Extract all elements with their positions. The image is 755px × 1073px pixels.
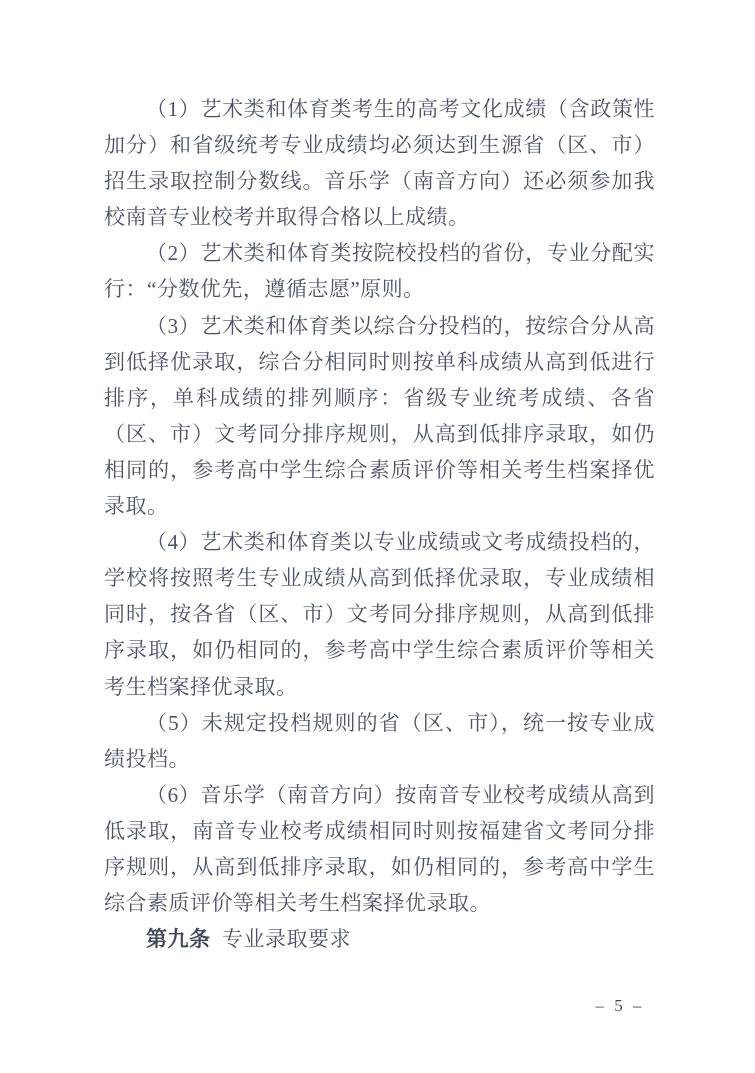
paragraph-6: （6）音乐学（南音方向）按南音专业校考成绩从高到低录取，南音专业校考成绩相同时则… bbox=[104, 777, 655, 921]
article-heading-title: 专业录取要求 bbox=[222, 927, 351, 951]
article-heading-number: 第九条 bbox=[146, 927, 211, 951]
page-number: – 5 – bbox=[576, 996, 664, 1016]
paragraph-2: （2）艺术类和体育类按院校投档的省份，专业分配实行：“分数优先，遵循志愿”原则。 bbox=[104, 235, 655, 307]
document-page: （1）艺术类和体育类考生的高考文化成绩（含政策性加分）和省级统考专业成绩均必须达… bbox=[0, 0, 755, 1073]
document-body: （1）艺术类和体育类考生的高考文化成绩（含政策性加分）和省级统考专业成绩均必须达… bbox=[104, 91, 655, 957]
paragraph-5: （5）未规定投档规则的省（区、市），统一按专业成绩投档。 bbox=[104, 705, 655, 777]
article-heading: 第九条专业录取要求 bbox=[104, 921, 655, 957]
paragraph-4: （4）艺术类和体育类以专业成绩或文考成绩投档的，学校将按照考生专业成绩从高到低择… bbox=[104, 524, 655, 704]
paragraph-1: （1）艺术类和体育类考生的高考文化成绩（含政策性加分）和省级统考专业成绩均必须达… bbox=[104, 91, 655, 235]
paragraph-3: （3）艺术类和体育类以综合分投档的，按综合分从高到低择优录取，综合分相同时则按单… bbox=[104, 308, 655, 525]
